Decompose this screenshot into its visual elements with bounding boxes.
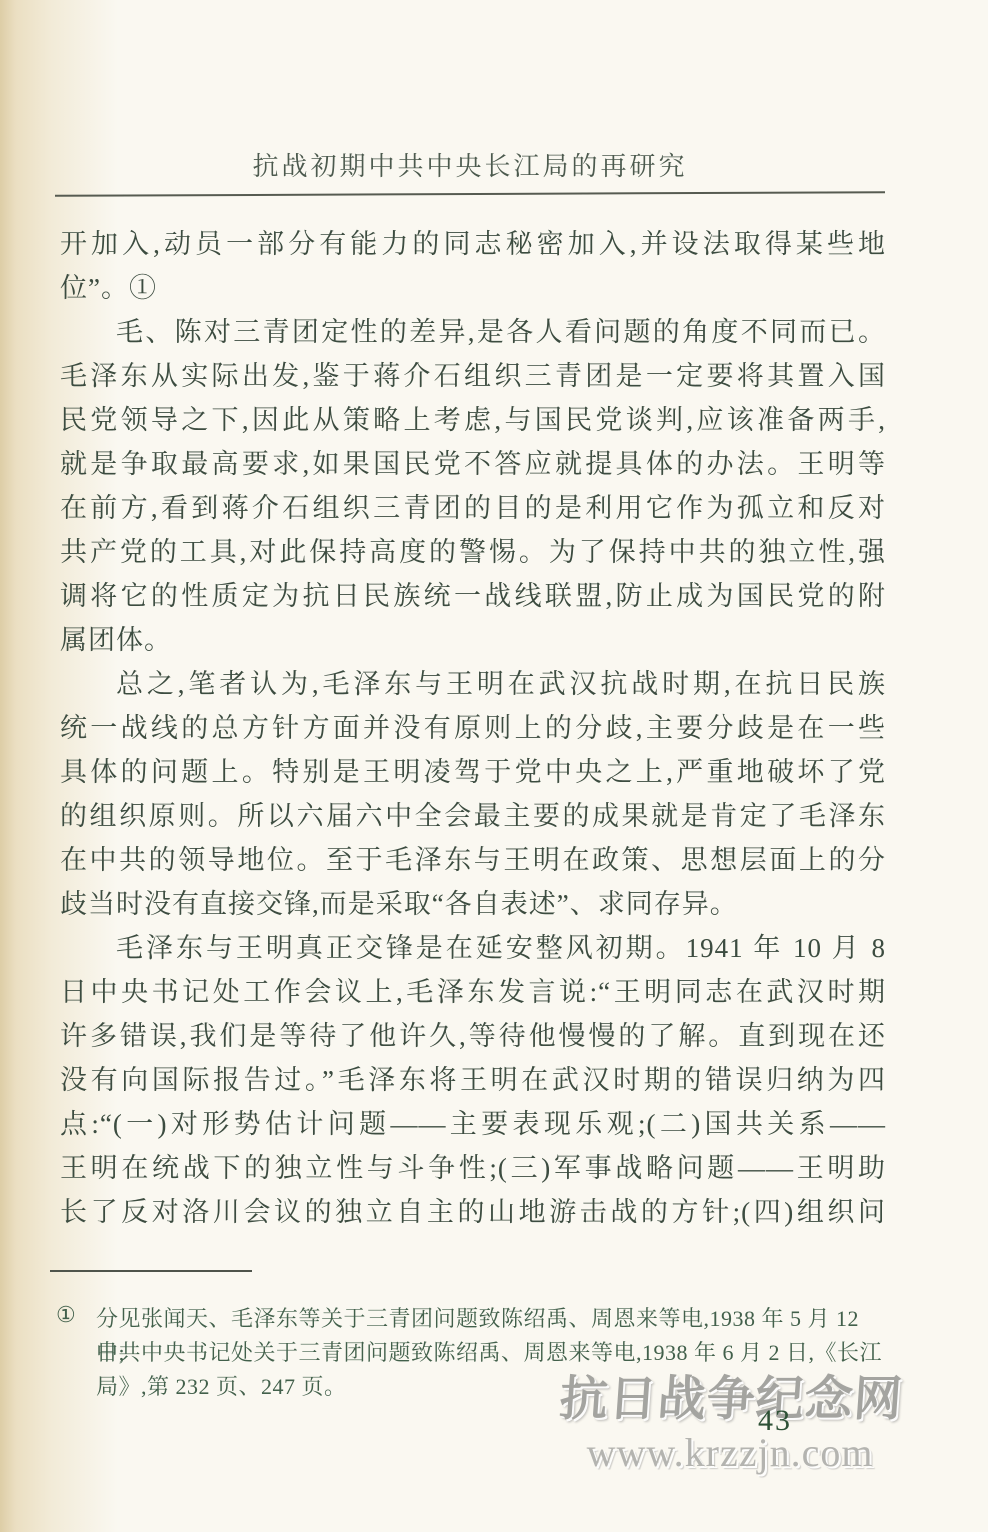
body-line: 日中央书记处工作会议上,毛泽东发言说:“王明同志在武汉时期 (60, 970, 886, 1014)
body-line: 调将它的性质定为抗日民族统一战线联盟,防止成为国民党的附 (60, 574, 886, 618)
running-header-title: 抗战初期中共中央长江局的再研究 (55, 146, 885, 183)
watermark-site-url: www.krzzjn.com (560, 1429, 900, 1476)
book-page: 抗战初期中共中央长江局的再研究 开加入,动员一部分有能力的同志秘密加入,并设法取… (0, 0, 988, 1532)
body-line: 点:“(一)对形势估计问题——主要表现乐观;(二)国共关系—— (60, 1102, 886, 1146)
body-line: 在前方,看到蒋介石组织三青团的目的是利用它作为孤立和反对 (60, 486, 886, 530)
footnote-marker: ① (56, 1302, 86, 1328)
body-line: 在中共的领导地位。至于毛泽东与王明在政策、思想层面上的分 (60, 838, 886, 882)
body-line: 统一战线的总方针方面并没有原则上的分歧,主要分歧是在一些 (60, 706, 886, 750)
footnote-block: ①分见张闻天、毛泽东等关于三青团问题致陈绍禹、周恩来等电,1938 年 5 月 … (56, 1302, 888, 1404)
footnote-line: 局》,第 232 页、247 页。 (56, 1370, 888, 1404)
footnote-separator (50, 1270, 252, 1272)
body-line: 毛、陈对三青团定性的差异,是各人看问题的角度不同而已。 (60, 310, 886, 354)
body-line: 毛泽东从实际出发,鉴于蒋介石组织三青团是一定要将其置入国 (60, 354, 886, 398)
body-line: 共产党的工具,对此保持高度的警惕。为了保持中共的独立性,强 (60, 530, 886, 574)
footnote-line: 中共中央书记处关于三青团问题致陈绍禹、周恩来等电,1938 年 6 月 2 日,… (56, 1336, 888, 1370)
body-line: 民党领导之下,因此从策略上考虑,与国民党谈判,应该准备两手, (60, 398, 886, 442)
body-line: 就是争取最高要求,如果国民党不答应就提具体的办法。王明等 (60, 442, 886, 486)
footnote-line: 分见张闻天、毛泽东等关于三青团问题致陈绍禹、周恩来等电,1938 年 5 月 1… (56, 1302, 888, 1336)
header-rule (55, 191, 885, 197)
body-line: 开加入,动员一部分有能力的同志秘密加入,并设法取得某些地 (60, 222, 886, 266)
page-number: 43 (758, 1404, 792, 1438)
body-text-block: 开加入,动员一部分有能力的同志秘密加入,并设法取得某些地位”。①毛、陈对三青团定… (60, 222, 886, 1234)
body-line: 许多错误,我们是等待了他许久,等待他慢慢的了解。直到现在还 (60, 1014, 886, 1058)
body-line: 没有向国际报告过。”毛泽东将王明在武汉时期的错误归纳为四 (60, 1058, 886, 1102)
body-line: 长了反对洛川会议的独立自主的山地游击战的方针;(四)组织问 (60, 1190, 886, 1234)
body-line: 属团体。 (60, 618, 886, 662)
body-line: 总之,笔者认为,毛泽东与王明在武汉抗战时期,在抗日民族 (60, 662, 886, 706)
body-line: 的组织原则。所以六届六中全会最主要的成果就是肯定了毛泽东 (60, 794, 886, 838)
body-line: 王明在统战下的独立性与斗争性;(三)军事战略问题——王明助 (60, 1146, 886, 1190)
body-line: 歧当时没有直接交锋,而是采取“各自表述”、求同存异。 (60, 882, 886, 926)
body-line: 具体的问题上。特别是王明凌驾于党中央之上,严重地破坏了党 (60, 750, 886, 794)
body-line: 位”。① (60, 266, 886, 310)
body-line: 毛泽东与王明真正交锋是在延安整风初期。1941 年 10 月 8 (60, 926, 886, 970)
